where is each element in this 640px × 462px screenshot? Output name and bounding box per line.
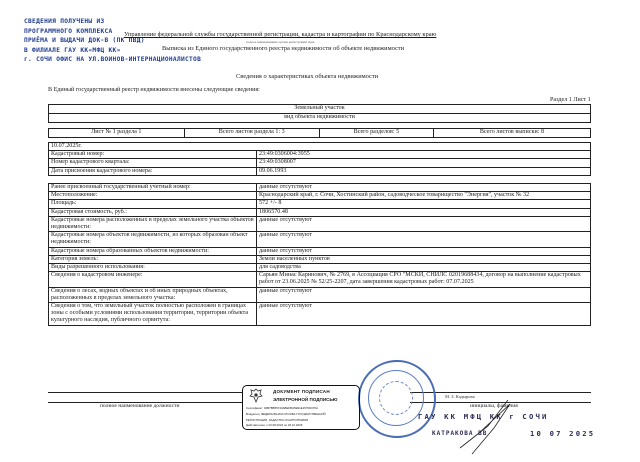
row-label: Кадастровый номер:	[49, 151, 257, 159]
object-type-table: Земельный участок вид объекта недвижимос…	[48, 104, 591, 123]
row-value: данные отсутствуют	[257, 232, 591, 247]
esign-owner-2: РЕГИСТРАЦИИ, КАДАСТРА И КАРТОГРАФИИ	[246, 418, 308, 422]
object-type-caption: вид объекта недвижимости	[49, 114, 591, 123]
total-sections: Всего разделов: 5	[320, 129, 434, 138]
row-label: Сведения о кадастровом инженере:	[49, 272, 257, 287]
row-label: Сведения о том, что земельный участок по…	[49, 303, 257, 326]
authority-name: Управление федеральной службы государств…	[124, 31, 436, 38]
seal-center-ring	[379, 381, 413, 415]
authority-caption: полное наименование органа регистрации п…	[246, 40, 314, 44]
row-label: Ранее присвоенный государственный учетны…	[49, 184, 257, 192]
electronic-signature-box: ДОКУМЕНТ ПОДПИСАН ЭЛЕКТРОННОЙ ПОДПИСЬЮ С…	[242, 385, 360, 430]
object-type: Земельный участок	[49, 105, 591, 114]
received-stamp: СВЕДЕНИЯ ПОЛУЧЕНЫ ИЗ ПРОГРАММНОГО КОМПЛЕ…	[24, 17, 164, 65]
received-stamp-line: В ФИЛИАЛЕ ГАУ КК«МФЦ КК»	[24, 46, 164, 56]
row-value: Сарьян Минас Каринович, № 2769, в Ассоци…	[257, 272, 591, 287]
table-row: Площадь: 572 +/- 8	[49, 200, 591, 208]
row-value: для садоводства	[257, 264, 591, 272]
row-value: 09.06.1993	[257, 167, 591, 175]
table-row: Кадастровые номера объектов недвижимости…	[49, 232, 591, 247]
table-row: Виды разрешенного использования: для сад…	[49, 264, 591, 272]
table-row: Сведения о том, что земельный участок по…	[49, 303, 591, 326]
intro-text: В Единый государственный реестр недвижим…	[48, 87, 260, 93]
row-label: Кадастровые номера расположенных в преде…	[49, 216, 257, 231]
row-value: 572 +/- 8	[257, 200, 591, 208]
row-value: 23:49:0306004:3955	[257, 151, 591, 159]
section-reference: Раздел 1 Лист 1	[550, 97, 591, 103]
esign-title-2: ЭЛЕКТРОННОЙ ПОДПИСЬЮ	[273, 397, 338, 402]
row-label: Номер кадастрового квартала:	[49, 159, 257, 167]
sheets-table: Лист № 1 раздела 1 Всего листов раздела …	[48, 128, 591, 138]
cadastral-table-a: 10.07.2025г. Кадастровый номер: 23:49:03…	[48, 142, 591, 176]
row-value: Земли населенных пунктов	[257, 255, 591, 263]
position-caption: полное наименование должности	[100, 403, 180, 409]
table-row: Кадастровый номер: 23:49:0306004:3955	[49, 151, 591, 159]
coat-of-arms-icon	[249, 388, 263, 403]
handwritten-signature-icon	[450, 398, 520, 462]
table-row: Номер кадастрового квартала: 23:49:03080…	[49, 159, 591, 167]
cadastral-table-b: Ранее присвоенный государственный учетны…	[48, 183, 591, 326]
esign-certificate: Сертификат: 00B7BB55740ABEFBA5E91E1570D0…	[246, 406, 318, 410]
row-label: Кадастровая стоимость, руб.:	[49, 208, 257, 216]
row-label: Местоположение:	[49, 192, 257, 200]
mfc-stamp-date: 10 07 2025	[530, 429, 595, 438]
row-label: Кадастровые номера объектов недвижимости…	[49, 232, 257, 247]
row-label: Категория земель:	[49, 255, 257, 263]
section-title: Сведения о характеристиках объекта недви…	[236, 73, 378, 80]
document-title: Выписка из Единого государственного реес…	[162, 45, 404, 52]
row-value: данные отсутствуют	[257, 303, 591, 326]
position-line	[48, 392, 242, 393]
table-row: Категория земель: Земли населенных пункт…	[49, 255, 591, 263]
row-label: Дата присвоения кадастрового номера:	[49, 167, 257, 175]
table-row: Сведения о лесах, водных объектах и об и…	[49, 287, 591, 302]
initials-line	[410, 392, 591, 393]
extract-date: 10.07.2025г.	[49, 143, 591, 151]
row-label: Виды разрешенного использования:	[49, 264, 257, 272]
total-section-sheets: Всего листов раздела 1: 3	[184, 129, 320, 138]
table-row: Сведения о кадастровом инженере: Сарьян …	[49, 272, 591, 287]
received-stamp-line: г. СОЧИ ОФИС НА УЛ.ВОИНОВ-ИНТЕРНАЦИОНАЛИ…	[24, 55, 164, 65]
table-row: Кадастровые номера расположенных в преде…	[49, 216, 591, 231]
row-value: 23:49:0308007	[257, 159, 591, 167]
row-value: данные отсутствуют	[257, 184, 591, 192]
sheet-number: Лист № 1 раздела 1	[49, 129, 185, 138]
row-value: данные отсутствуют	[257, 287, 591, 302]
row-value: данные отсутствуют	[257, 216, 591, 231]
table-row: Дата присвоения кадастрового номера: 09.…	[49, 167, 591, 175]
table-row: Ранее присвоенный государственный учетны…	[49, 184, 591, 192]
row-label: Сведения о лесах, водных объектах и об и…	[49, 287, 257, 302]
esign-owner-1: Владелец: ФЕДЕРАЛЬНАЯ СЛУЖБА ГОСУДАРСТВЕ…	[246, 412, 326, 416]
table-row: Кадастровая стоимость, руб.: 1806570.48	[49, 208, 591, 216]
table-row: Местоположение: Краснодарский край, г. С…	[49, 192, 591, 200]
esign-validity: Действителен: с 02.08.2024 по 26.10.2025	[246, 423, 302, 427]
row-label: Площадь:	[49, 200, 257, 208]
esign-title-1: ДОКУМЕНТ ПОДПИСАН	[273, 389, 330, 394]
total-extract-sheets: Всего листов выписки: 8	[433, 129, 590, 138]
table-row: Кадастровые номера образованных объектов…	[49, 247, 591, 255]
row-label: Кадастровые номера образованных объектов…	[49, 247, 257, 255]
row-value: данные отсутствуют	[257, 247, 591, 255]
row-value: 1806570.48	[257, 208, 591, 216]
received-stamp-line: СВЕДЕНИЯ ПОЛУЧЕНЫ ИЗ	[24, 17, 164, 27]
round-seal-stamp	[358, 360, 436, 438]
row-value: Краснодарский край, г. Сочи, Хостинский …	[257, 192, 591, 200]
